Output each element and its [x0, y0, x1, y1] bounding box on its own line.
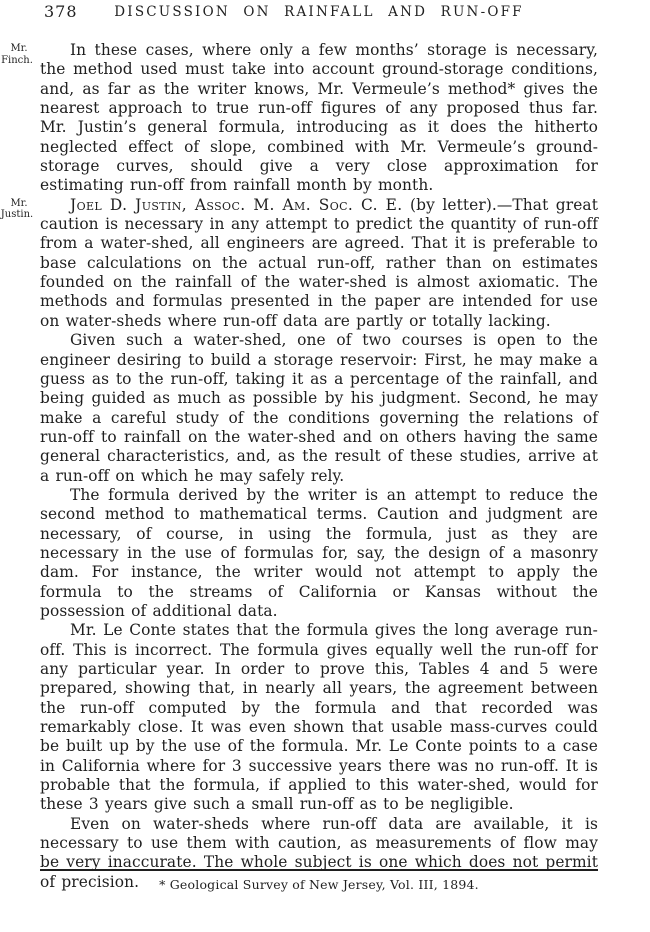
running-head: 378 DISCUSSION ON RAINFALL AND RUN-OFF	[40, 2, 598, 24]
paragraph-text: In these cases, where only a few months’…	[40, 41, 598, 194]
margin-note-speaker-name: Finch.	[0, 55, 38, 67]
footnote-rule	[40, 869, 598, 871]
body-text: Mr. Finch. In these cases, where only a …	[40, 41, 598, 892]
paragraph-text: The formula derived by the writer is an …	[40, 486, 598, 620]
paragraph: Mr. Le Conte states that the formula giv…	[40, 621, 598, 814]
margin-note-speaker-title: Mr.	[10, 43, 27, 54]
paragraph-text: (by letter).—That great caution is neces…	[40, 196, 598, 330]
footnote-text: * Geological Survey of New Jersey, Vol. …	[40, 877, 598, 892]
margin-note-justin: Mr. Justin.	[0, 198, 38, 221]
margin-note-speaker-title: Mr.	[10, 198, 27, 209]
margin-note-speaker-name: Justin.	[0, 209, 38, 221]
paragraph-finch: Mr. Finch. In these cases, where only a …	[40, 41, 598, 196]
running-title: DISCUSSION ON RAINFALL AND RUN-OFF	[40, 2, 598, 20]
paragraph: Given such a water-shed, one of two cour…	[40, 331, 598, 486]
margin-note-finch: Mr. Finch.	[0, 43, 38, 66]
paragraph: The formula derived by the writer is an …	[40, 486, 598, 621]
paragraph-text: Given such a water-shed, one of two cour…	[40, 331, 598, 484]
speaker-name: Joel D. Justin, Assoc. M. Am. Soc. C. E.	[70, 196, 403, 214]
paragraph-text: Mr. Le Conte states that the formula giv…	[40, 621, 598, 813]
page-number: 378	[44, 2, 78, 21]
paragraph-justin-intro: Mr. Justin. Joel D. Justin, Assoc. M. Am…	[40, 196, 598, 331]
book-page: 378 DISCUSSION ON RAINFALL AND RUN-OFF M…	[0, 0, 650, 932]
